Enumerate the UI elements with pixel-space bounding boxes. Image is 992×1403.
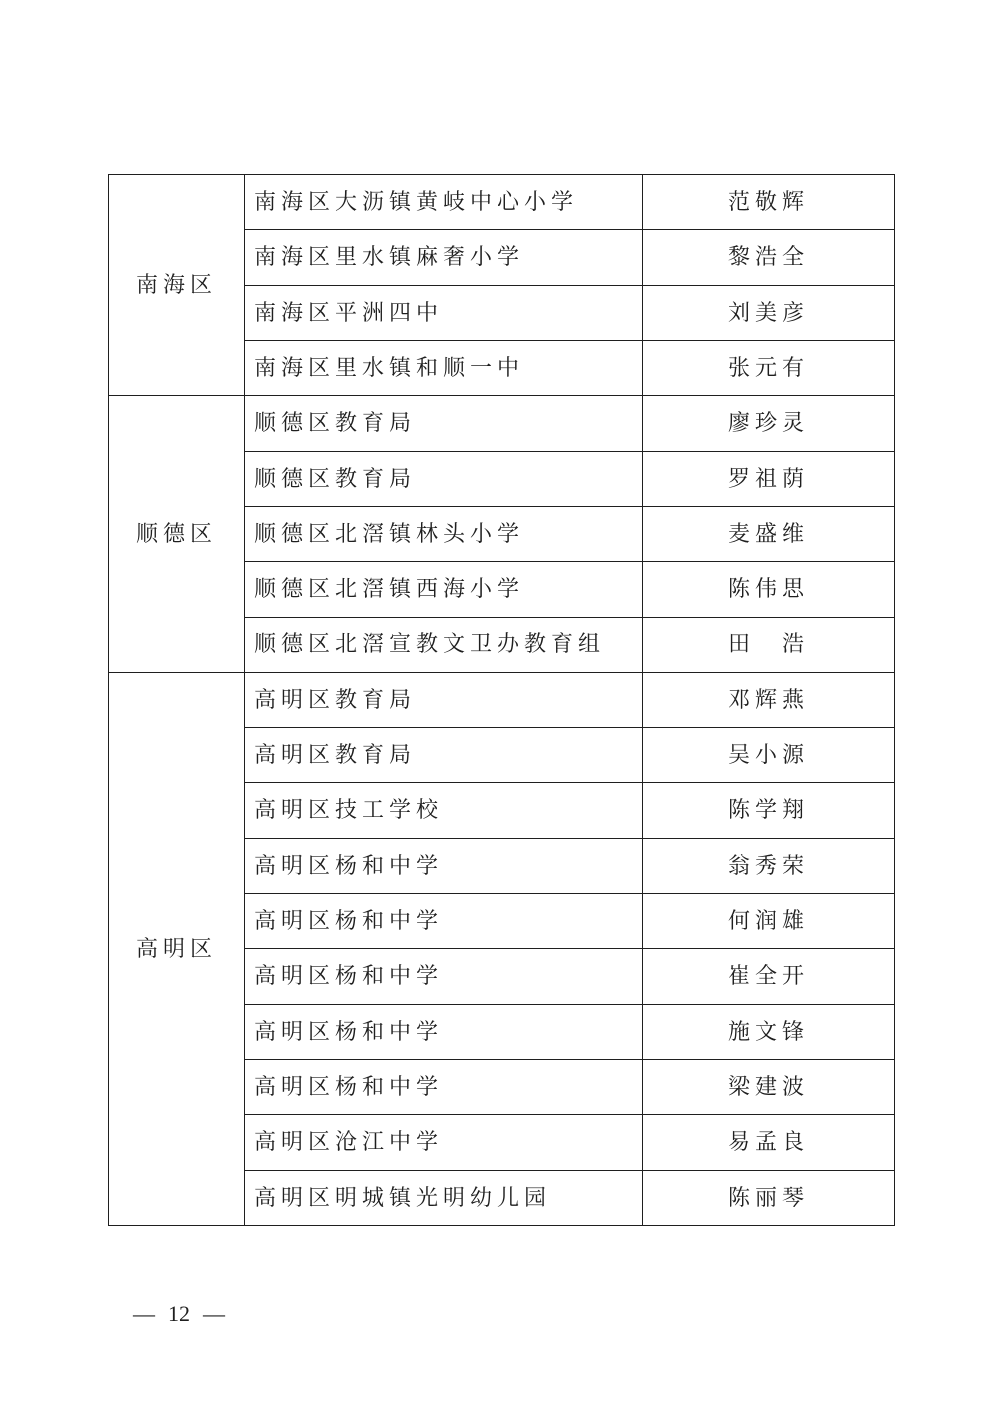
footer-dash-left: — [133,1301,155,1326]
school-cell: 南海区里水镇麻奢小学 [245,230,643,285]
school-cell: 南海区大沥镇黄岐中心小学 [245,175,643,230]
school-cell: 高明区杨和中学 [245,894,643,949]
school-cell: 高明区杨和中学 [245,1060,643,1115]
page-number: 12 [168,1301,190,1326]
person-name-cell: 麦盛维 [643,506,895,561]
footer-dash-right: — [203,1301,225,1326]
person-name-cell: 罗祖荫 [643,451,895,506]
table-row: 顺德区顺德区教育局廖珍灵 [109,396,895,451]
school-cell: 高明区杨和中学 [245,949,643,1004]
school-cell: 顺德区北滘宣教文卫办教育组 [245,617,643,672]
person-name-cell: 崔全开 [643,949,895,1004]
school-cell: 高明区杨和中学 [245,838,643,893]
school-cell: 顺德区北滘镇林头小学 [245,506,643,561]
school-cell: 高明区沧江中学 [245,1115,643,1170]
person-name-cell: 黎浩全 [643,230,895,285]
district-cell: 顺德区 [109,396,245,673]
person-name-cell: 范敬辉 [643,175,895,230]
person-name-cell: 何润雄 [643,894,895,949]
person-name-cell: 刘美彦 [643,285,895,340]
school-cell: 高明区教育局 [245,728,643,783]
person-name-cell: 陈伟思 [643,562,895,617]
school-cell: 南海区里水镇和顺一中 [245,340,643,395]
person-name-cell: 田 浩 [643,617,895,672]
page-footer: —12— [133,1301,225,1327]
person-name-cell: 张元有 [643,340,895,395]
school-cell: 顺德区教育局 [245,396,643,451]
table-row: 南海区南海区大沥镇黄岐中心小学范敬辉 [109,175,895,230]
table-body: 南海区南海区大沥镇黄岐中心小学范敬辉南海区里水镇麻奢小学黎浩全南海区平洲四中刘美… [109,175,895,1226]
district-cell: 南海区 [109,175,245,396]
school-cell: 顺德区北滘镇西海小学 [245,562,643,617]
document-page: 南海区南海区大沥镇黄岐中心小学范敬辉南海区里水镇麻奢小学黎浩全南海区平洲四中刘美… [0,0,992,1403]
person-name-cell: 邓辉燕 [643,672,895,727]
school-cell: 高明区技工学校 [245,783,643,838]
person-name-cell: 施文锋 [643,1004,895,1059]
person-name-cell: 翁秀荣 [643,838,895,893]
district-school-name-table: 南海区南海区大沥镇黄岐中心小学范敬辉南海区里水镇麻奢小学黎浩全南海区平洲四中刘美… [108,174,895,1226]
person-name-cell: 吴小源 [643,728,895,783]
district-cell: 高明区 [109,672,245,1225]
school-cell: 顺德区教育局 [245,451,643,506]
school-cell: 高明区杨和中学 [245,1004,643,1059]
table-row: 高明区高明区教育局邓辉燕 [109,672,895,727]
school-cell: 高明区教育局 [245,672,643,727]
person-name-cell: 陈学翔 [643,783,895,838]
person-name-cell: 陈丽琴 [643,1170,895,1225]
school-cell: 高明区明城镇光明幼儿园 [245,1170,643,1225]
person-name-cell: 廖珍灵 [643,396,895,451]
person-name-cell: 梁建波 [643,1060,895,1115]
person-name-cell: 易孟良 [643,1115,895,1170]
school-cell: 南海区平洲四中 [245,285,643,340]
